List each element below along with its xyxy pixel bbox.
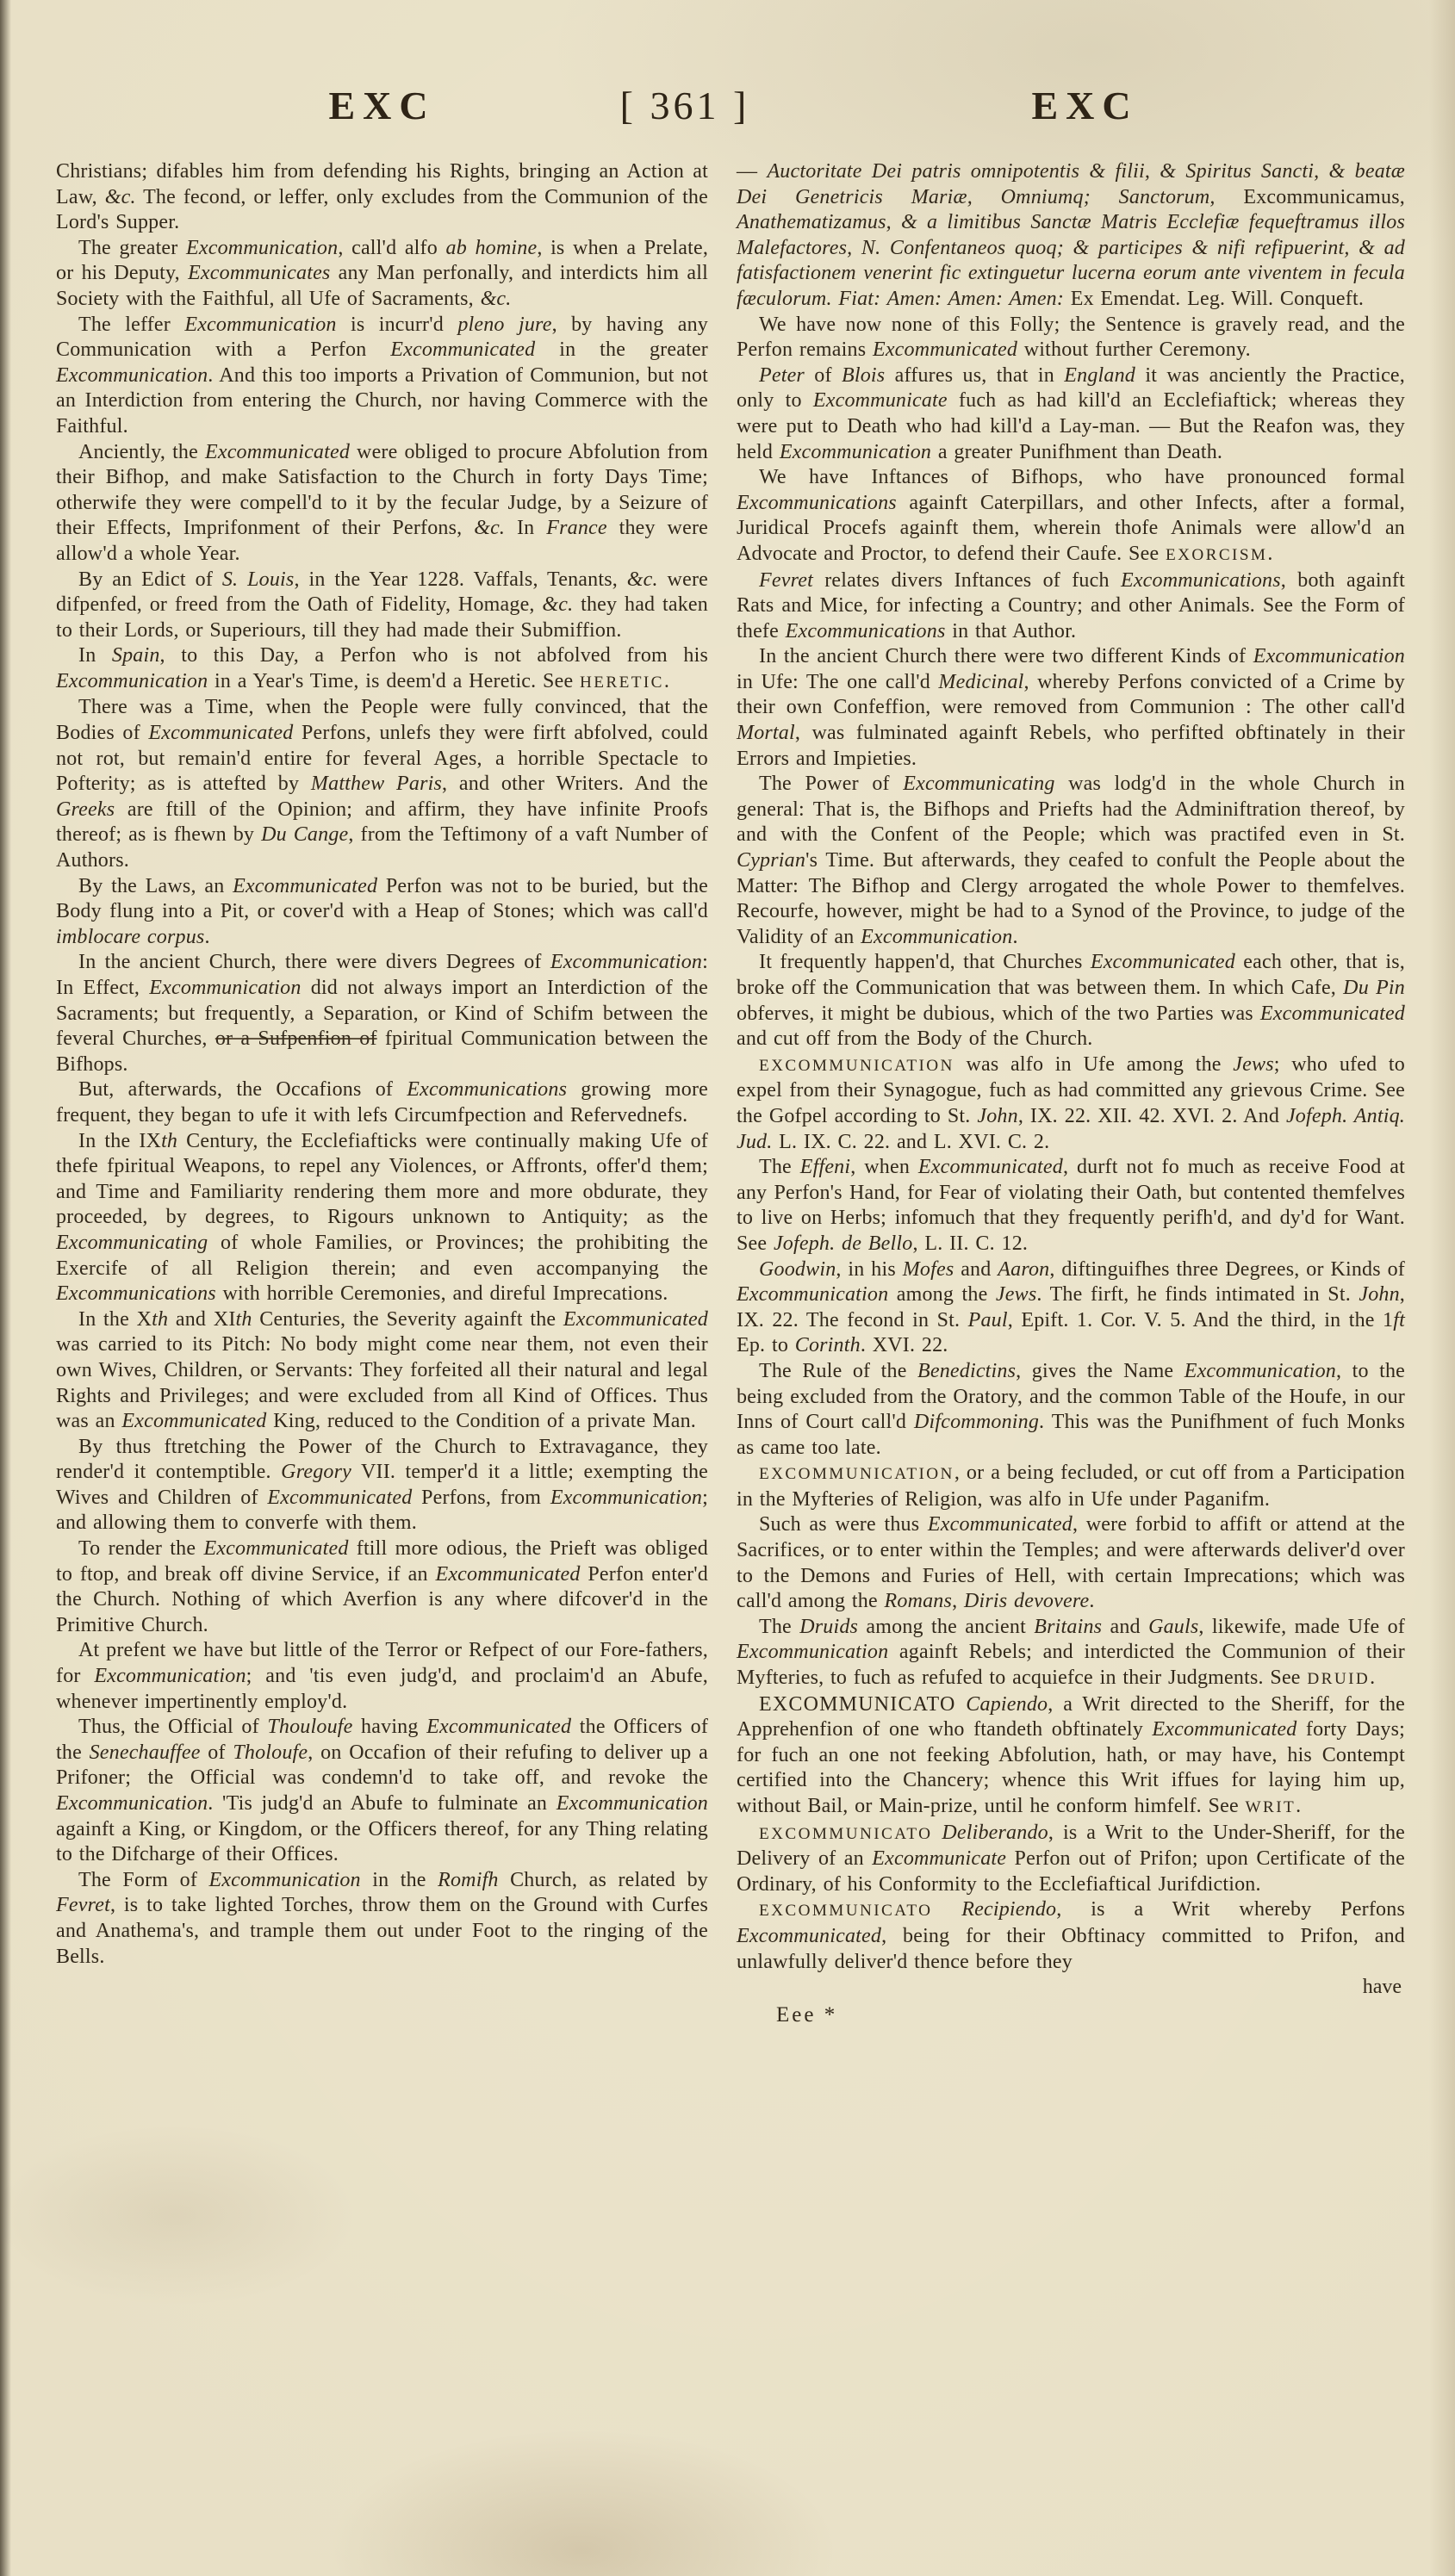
signature-mark: Eee * [776, 2001, 1405, 2030]
paragraph: Peter of Blois affures us, that in Engla… [737, 363, 1405, 465]
header-right-title: EXC [766, 83, 1404, 128]
paragraph: EXCOMMUNICATION was alfo in Ufe among th… [737, 1052, 1405, 1155]
paragraph: At prefent we have but little of the Ter… [56, 1638, 708, 1715]
paragraph: It frequently happen'd, that Churches Ex… [737, 950, 1405, 1052]
paragraph: By an Edict of S. Louis, in the Year 122… [56, 568, 708, 644]
paragraph: Goodwin, in his Mofes and Aaron, difting… [737, 1257, 1405, 1359]
paragraph: Thus, the Official of Thouloufe having E… [56, 1715, 708, 1868]
paragraph: The Power of Excommunicating was lodg'd … [737, 772, 1405, 950]
right-column: — Auctoritate Dei patris omnipotentis & … [737, 159, 1405, 2030]
paragraph: The leffer Excommunication is incurr'd p… [56, 313, 708, 440]
paragraph: The greater Excommunication, call'd alfo… [56, 236, 708, 313]
paragraph: The Rule of the Benedictins, gives the N… [737, 1359, 1405, 1461]
paragraph: By thus ftretching the Power of the Chur… [56, 1435, 708, 1536]
paragraph: Anciently, the Excommunicated were oblig… [56, 440, 708, 568]
left-column: Christians; difables him from defending … [56, 159, 708, 2030]
paragraph: There was a Time, when the People were f… [56, 695, 708, 873]
paragraph: Fevret relates divers Inftances of fuch … [737, 568, 1405, 645]
book-page: EXC [ 361 ] EXC Christians; difables him… [0, 0, 1455, 2576]
paragraph: In the ancient Church there were two dif… [737, 644, 1405, 772]
paragraph: Such as were thus Excommunicated, were f… [737, 1512, 1405, 1614]
right-column-paragraphs: — Auctoritate Dei patris omnipotentis & … [737, 159, 1405, 1975]
paragraph: EXCOMMUNICATION, or a being fecluded, or… [737, 1461, 1405, 1512]
paragraph: We have now none of this Folly; the Sent… [737, 313, 1405, 363]
left-column-paragraphs: Christians; difables him from defending … [56, 159, 708, 1970]
catchword: have [737, 1975, 1405, 2001]
paragraph: By the Laws, an Excommunicated Perfon wa… [56, 874, 708, 951]
paragraph: In Spain, to this Day, a Perfon who is n… [56, 643, 708, 695]
paragraph: In the ancient Church, there were divers… [56, 950, 708, 1077]
paragraph: — Auctoritate Dei patris omnipotentis & … [737, 159, 1405, 313]
paragraph: In the IXth Century, the Ecclefiafticks … [56, 1129, 708, 1307]
paragraph: EXCOMMUNICATO Deliberando, is a Writ to … [737, 1821, 1405, 1898]
paragraph: Christians; difables him from defending … [56, 159, 708, 236]
paragraph: In the Xth and XIth Centuries, the Sever… [56, 1307, 708, 1435]
paragraph: The Effeni, when Excommunicated, durft n… [737, 1155, 1405, 1257]
paragraph: To render the Excommunicated ftill more … [56, 1536, 708, 1638]
paragraph: EXCOMMUNICATO Recipiendo, is a Writ wher… [737, 1897, 1405, 1975]
running-header: EXC [ 361 ] EXC [0, 83, 1455, 143]
paragraph: The Druids among the ancient Britains an… [737, 1615, 1405, 1692]
paragraph: We have Inftances of Bifhops, who have p… [737, 465, 1405, 568]
paragraph: But, afterwards, the Occafions of Excomm… [56, 1077, 708, 1128]
paragraph: The Form of Excommunication in the Romif… [56, 1868, 708, 1970]
paragraph: EXCOMMUNICATO Capiendo, a Writ directed … [737, 1692, 1405, 1821]
text-columns: Christians; difables him from defending … [56, 159, 1405, 2030]
